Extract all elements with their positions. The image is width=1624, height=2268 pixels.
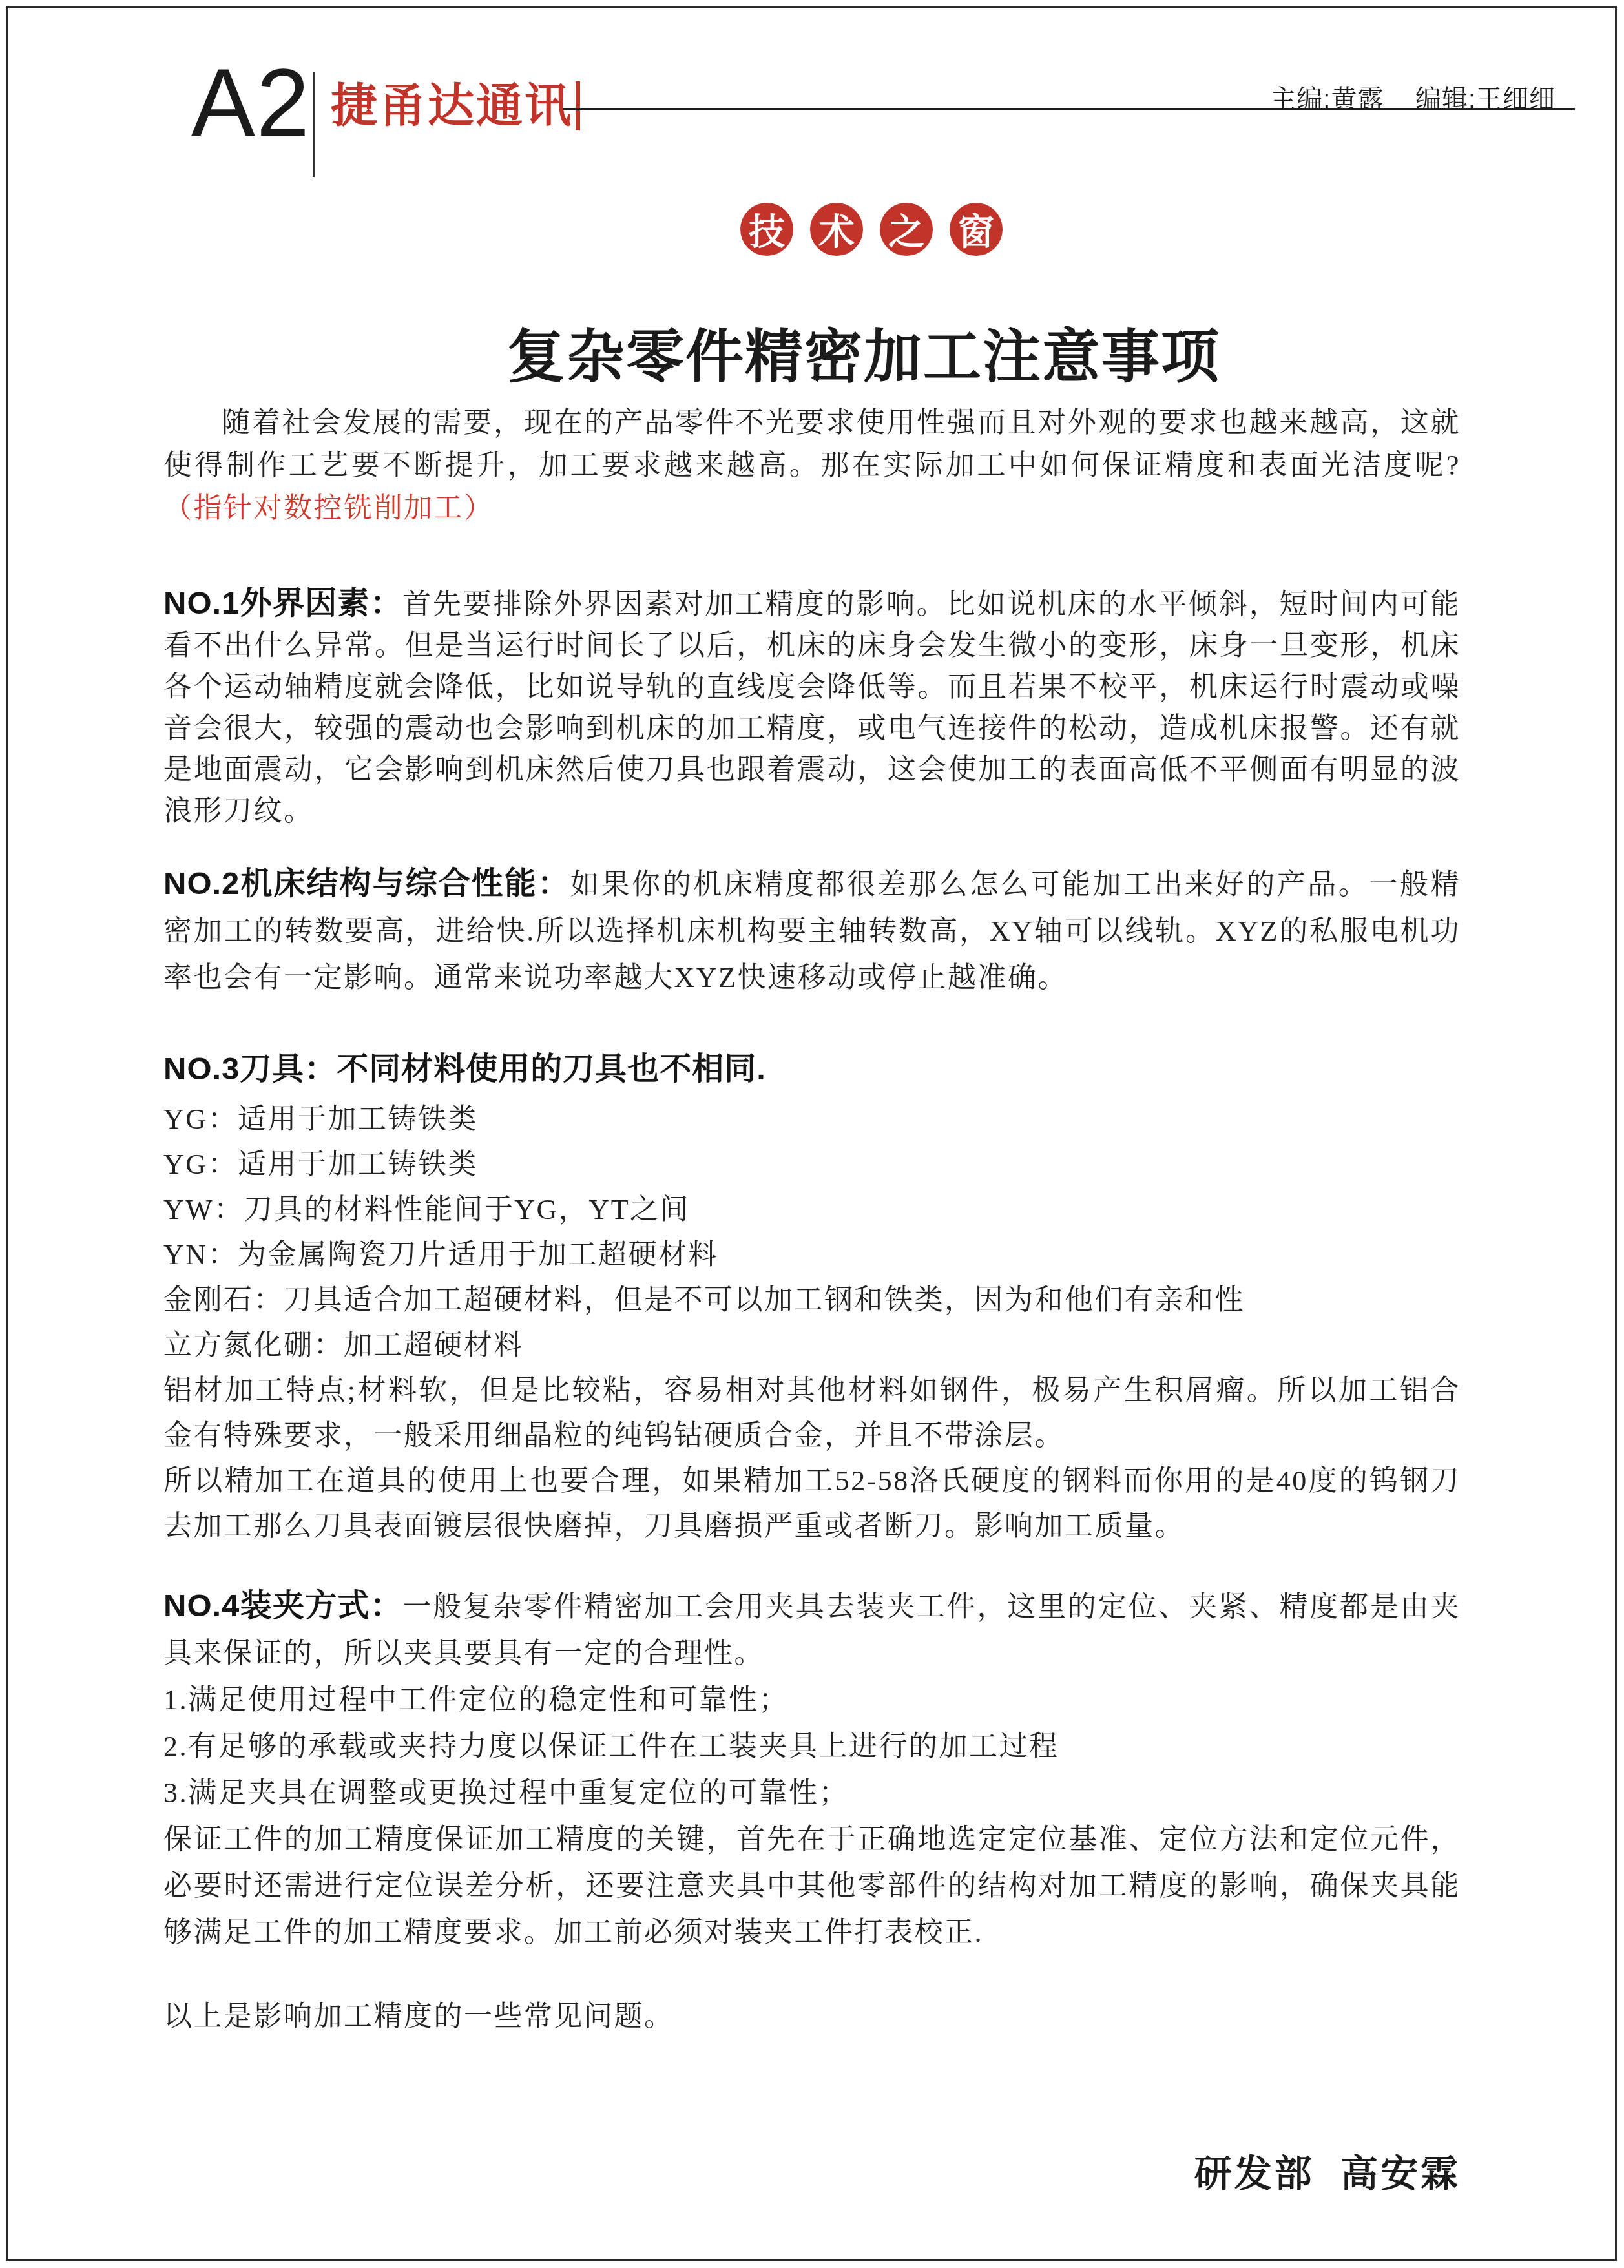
badge-circle: 术 — [810, 203, 863, 256]
tool-line: YN：为金属陶瓷刀片适用于加工超硬材料 — [163, 1233, 1461, 1278]
section-no4-heading: NO.4装夹方式： — [163, 1588, 402, 1623]
tool-line: 所以精加工在道具的使用上也要合理，如果精加工52-58洛氏硬度的钢料而你用的是4… — [163, 1459, 1461, 1549]
badge-circle: 窗 — [950, 203, 1003, 256]
footer-signature: 研发部 高安霖 — [163, 2143, 1461, 2198]
clamp-rule-item: 2.有足够的承载或夹持力度以保证工件在工装夹具上进行的加工过程 — [163, 1723, 1461, 1770]
section-no4: NO.4装夹方式：一般复杂零件精密加工会用夹具去装夹工件，这里的定位、夹紧、精度… — [163, 1583, 1461, 1956]
brand-text: 捷甬达通讯 — [331, 83, 573, 129]
badge-circle: 技 — [740, 203, 793, 256]
tool-line: YG：适用于加工铸铁类 — [163, 1142, 1461, 1187]
tool-line: YG：适用于加工铸铁类 — [163, 1097, 1461, 1142]
section-no2: NO.2机床结构与综合性能：如果你的机床精度都很差那么怎么可能加工出来好的产品。… — [163, 860, 1461, 1001]
section-no4-tail: 保证工件的加工精度保证加工精度的关键，首先在于正确地选定定位基准、定位方法和定位… — [163, 1816, 1461, 1956]
closing-line: 以上是影响加工精度的一些常见问题。 — [163, 1996, 1461, 2037]
page-number-label: A2 — [191, 56, 311, 151]
section-no2-heading: NO.2机床结构与综合性能： — [163, 866, 570, 901]
section-no1: NO.1外界因素：首先要排除外界因素对加工精度的影响。比如说机床的水平倾斜，短时… — [163, 583, 1461, 832]
clamp-rule-item: 3.满足夹具在调整或更换过程中重复定位的可靠性； — [163, 1770, 1461, 1816]
editor-credits: 主编:黄露 编辑:王细细 — [1270, 79, 1556, 116]
section-no1-body: 首先要排除外界因素对加工精度的影响。比如说机床的水平倾斜，短时间内可能看不出什么… — [163, 588, 1461, 827]
brand-bar-icon — [576, 81, 580, 130]
intro-text: 随着社会发展的需要，现在的产品零件不光要求使用性强而且对外观的要求也越来越高，这… — [163, 407, 1461, 481]
column-badge: 技 术 之 窗 — [740, 203, 1003, 256]
section-no3-list: YG：适用于加工铸铁类 YG：适用于加工铸铁类 YW：刀具的材料性能间于YG，Y… — [163, 1097, 1461, 1549]
section-no1-heading: NO.1外界因素： — [163, 586, 402, 621]
section-no3-heading: NO.3刀具：不同材料使用的刀具也不相同. — [163, 1052, 766, 1087]
clamp-rule-item: 1.满足使用过程中工件定位的稳定性和可靠性； — [163, 1677, 1461, 1723]
article-title: 复杂零件精密加工注意事项 — [507, 328, 1220, 386]
newsletter-page: { "colors": { "accent": "#c2332a", "red_… — [0, 0, 1624, 2268]
tool-line: YW：刀具的材料性能间于YG，YT之间 — [163, 1187, 1461, 1233]
intro-red-note: （指针对数控铣削加工） — [163, 492, 494, 524]
header-vertical-divider — [313, 72, 315, 177]
brand-logo: 捷甬达通讯 — [331, 81, 580, 130]
intro-paragraph: 随着社会发展的需要，现在的产品零件不光要求使用性强而且对外观的要求也越来越高，这… — [163, 402, 1461, 530]
tool-line: 金刚石：刀具适合加工超硬材料，但是不可以加工钢和铁类，因为和他们有亲和性 — [163, 1278, 1461, 1323]
tool-line: 铝材加工特点;材料软，但是比较粘，容易相对其他材料如钢件，极易产生积屑瘤。所以加… — [163, 1368, 1461, 1459]
tool-line: 立方氮化硼：加工超硬材料 — [163, 1323, 1461, 1368]
badge-circle: 之 — [880, 203, 933, 256]
section-no3: NO.3刀具：不同材料使用的刀具也不相同. — [163, 1050, 1461, 1090]
